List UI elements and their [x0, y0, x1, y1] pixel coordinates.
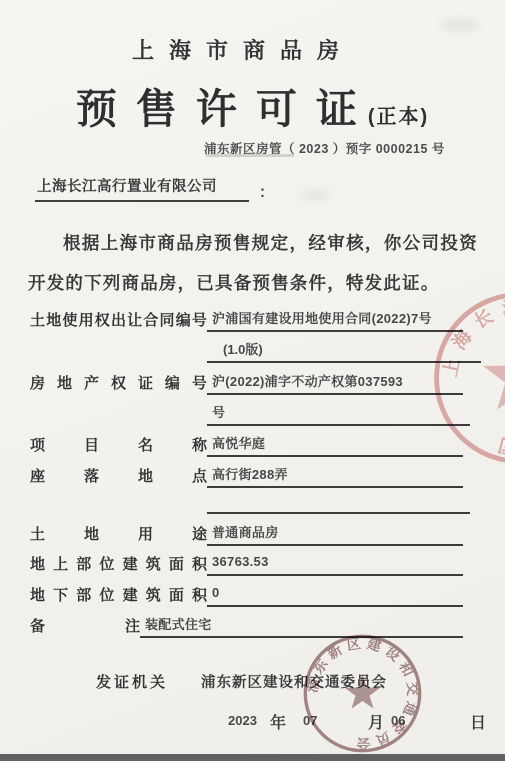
field-value-line2-empty: [207, 492, 470, 514]
presale-permit-document: 上海市商品房 预售许可证(正本) 浦东新区房管（ 2023 ）预字 000021…: [0, 0, 505, 761]
addressee-colon: ：: [259, 184, 274, 201]
body-paragraph: 根据上海市商品房预售规定，经审核，你公司投资开发的下列商品房，已具备预售条件，特…: [28, 223, 478, 303]
field-label: 土地使用权出让合同编号: [30, 309, 207, 332]
field-value: 装配式住宅: [140, 614, 463, 638]
title-city-text: 上海市商品房: [132, 38, 354, 63]
document-title-main: 预售许可证(正本): [0, 76, 505, 135]
field-value: 沪(2022)浦字不动产权第037593: [207, 371, 463, 395]
fine-print-smudge: [206, 154, 294, 157]
svg-text:浦东新区建设和交通委员会: 浦东新区建设和交通委员会: [304, 635, 421, 752]
field-value: 沪浦国有建设用地使用合同(2022)7号: [207, 308, 463, 332]
field-row-remarks: 备注 装配式住宅: [30, 614, 463, 638]
field-label: 地下部位建筑面积: [30, 584, 207, 607]
field-row-land-contract: 土地使用权出让合同编号 沪浦国有建设用地使用合同(2022)7号: [30, 308, 463, 332]
field-row-property-cert: 房地产权证编号 沪(2022)浦字不动产权第037593: [30, 371, 463, 395]
title-original-tag: (正本): [368, 106, 429, 128]
field-value-line2: (1.0版): [207, 339, 481, 363]
scan-edge-bar: [0, 754, 505, 761]
date-month-unit: 月: [368, 710, 384, 733]
seal-star-icon: [483, 339, 505, 409]
field-label: 座落地点: [30, 465, 207, 488]
field-value: 普通商品房: [207, 522, 463, 546]
title-main-text: 预售许可证: [76, 86, 376, 132]
field-row-above-ground-area: 地上部位建筑面积 36763.53: [30, 553, 463, 576]
company-name: 上海长江高行置业有限公司: [35, 175, 249, 202]
issuer-name: 浦东新区建设和交通委员会: [201, 671, 387, 692]
field-row-land-use: 土地用途 普通商品房: [30, 522, 463, 546]
field-value: 高悦华庭: [207, 433, 463, 457]
authority-seal-stamp: 浦东新区建设和交通委员会: [296, 627, 429, 760]
field-label: 项目名称: [30, 434, 207, 457]
addressee-line: 上海长江高行置业有限公司：: [35, 175, 274, 202]
scan-smudge: [300, 190, 330, 200]
field-label: 土地用途: [30, 523, 207, 546]
scan-smudge: [440, 18, 480, 32]
date-day: 06: [391, 713, 405, 728]
field-label: 备注: [30, 615, 140, 638]
field-value: 0: [207, 585, 463, 607]
date-month: 07: [303, 713, 317, 728]
field-row-project-name: 项目名称 高悦华庭: [30, 433, 463, 457]
field-row-below-ground-area: 地下部位建筑面积 0: [30, 584, 463, 607]
field-label: 房地产权证编号: [30, 372, 207, 395]
field-value-line2: 号: [207, 402, 470, 426]
date-day-unit: 日: [470, 710, 486, 733]
field-value: 36763.53: [207, 554, 463, 576]
field-row-location: 座落地点 高行街288弄: [30, 464, 463, 488]
date-year: 2023: [228, 713, 257, 728]
seal-ring-text: 浦东新区建设和交通委员会: [304, 635, 421, 752]
field-value: 高行街288弄: [207, 464, 463, 488]
field-label: 地上部位建筑面积: [30, 553, 207, 576]
issuer-label: 发证机关: [96, 671, 168, 692]
date-year-unit: 年: [270, 710, 286, 733]
document-title-city: 上海市商品房: [0, 34, 471, 65]
